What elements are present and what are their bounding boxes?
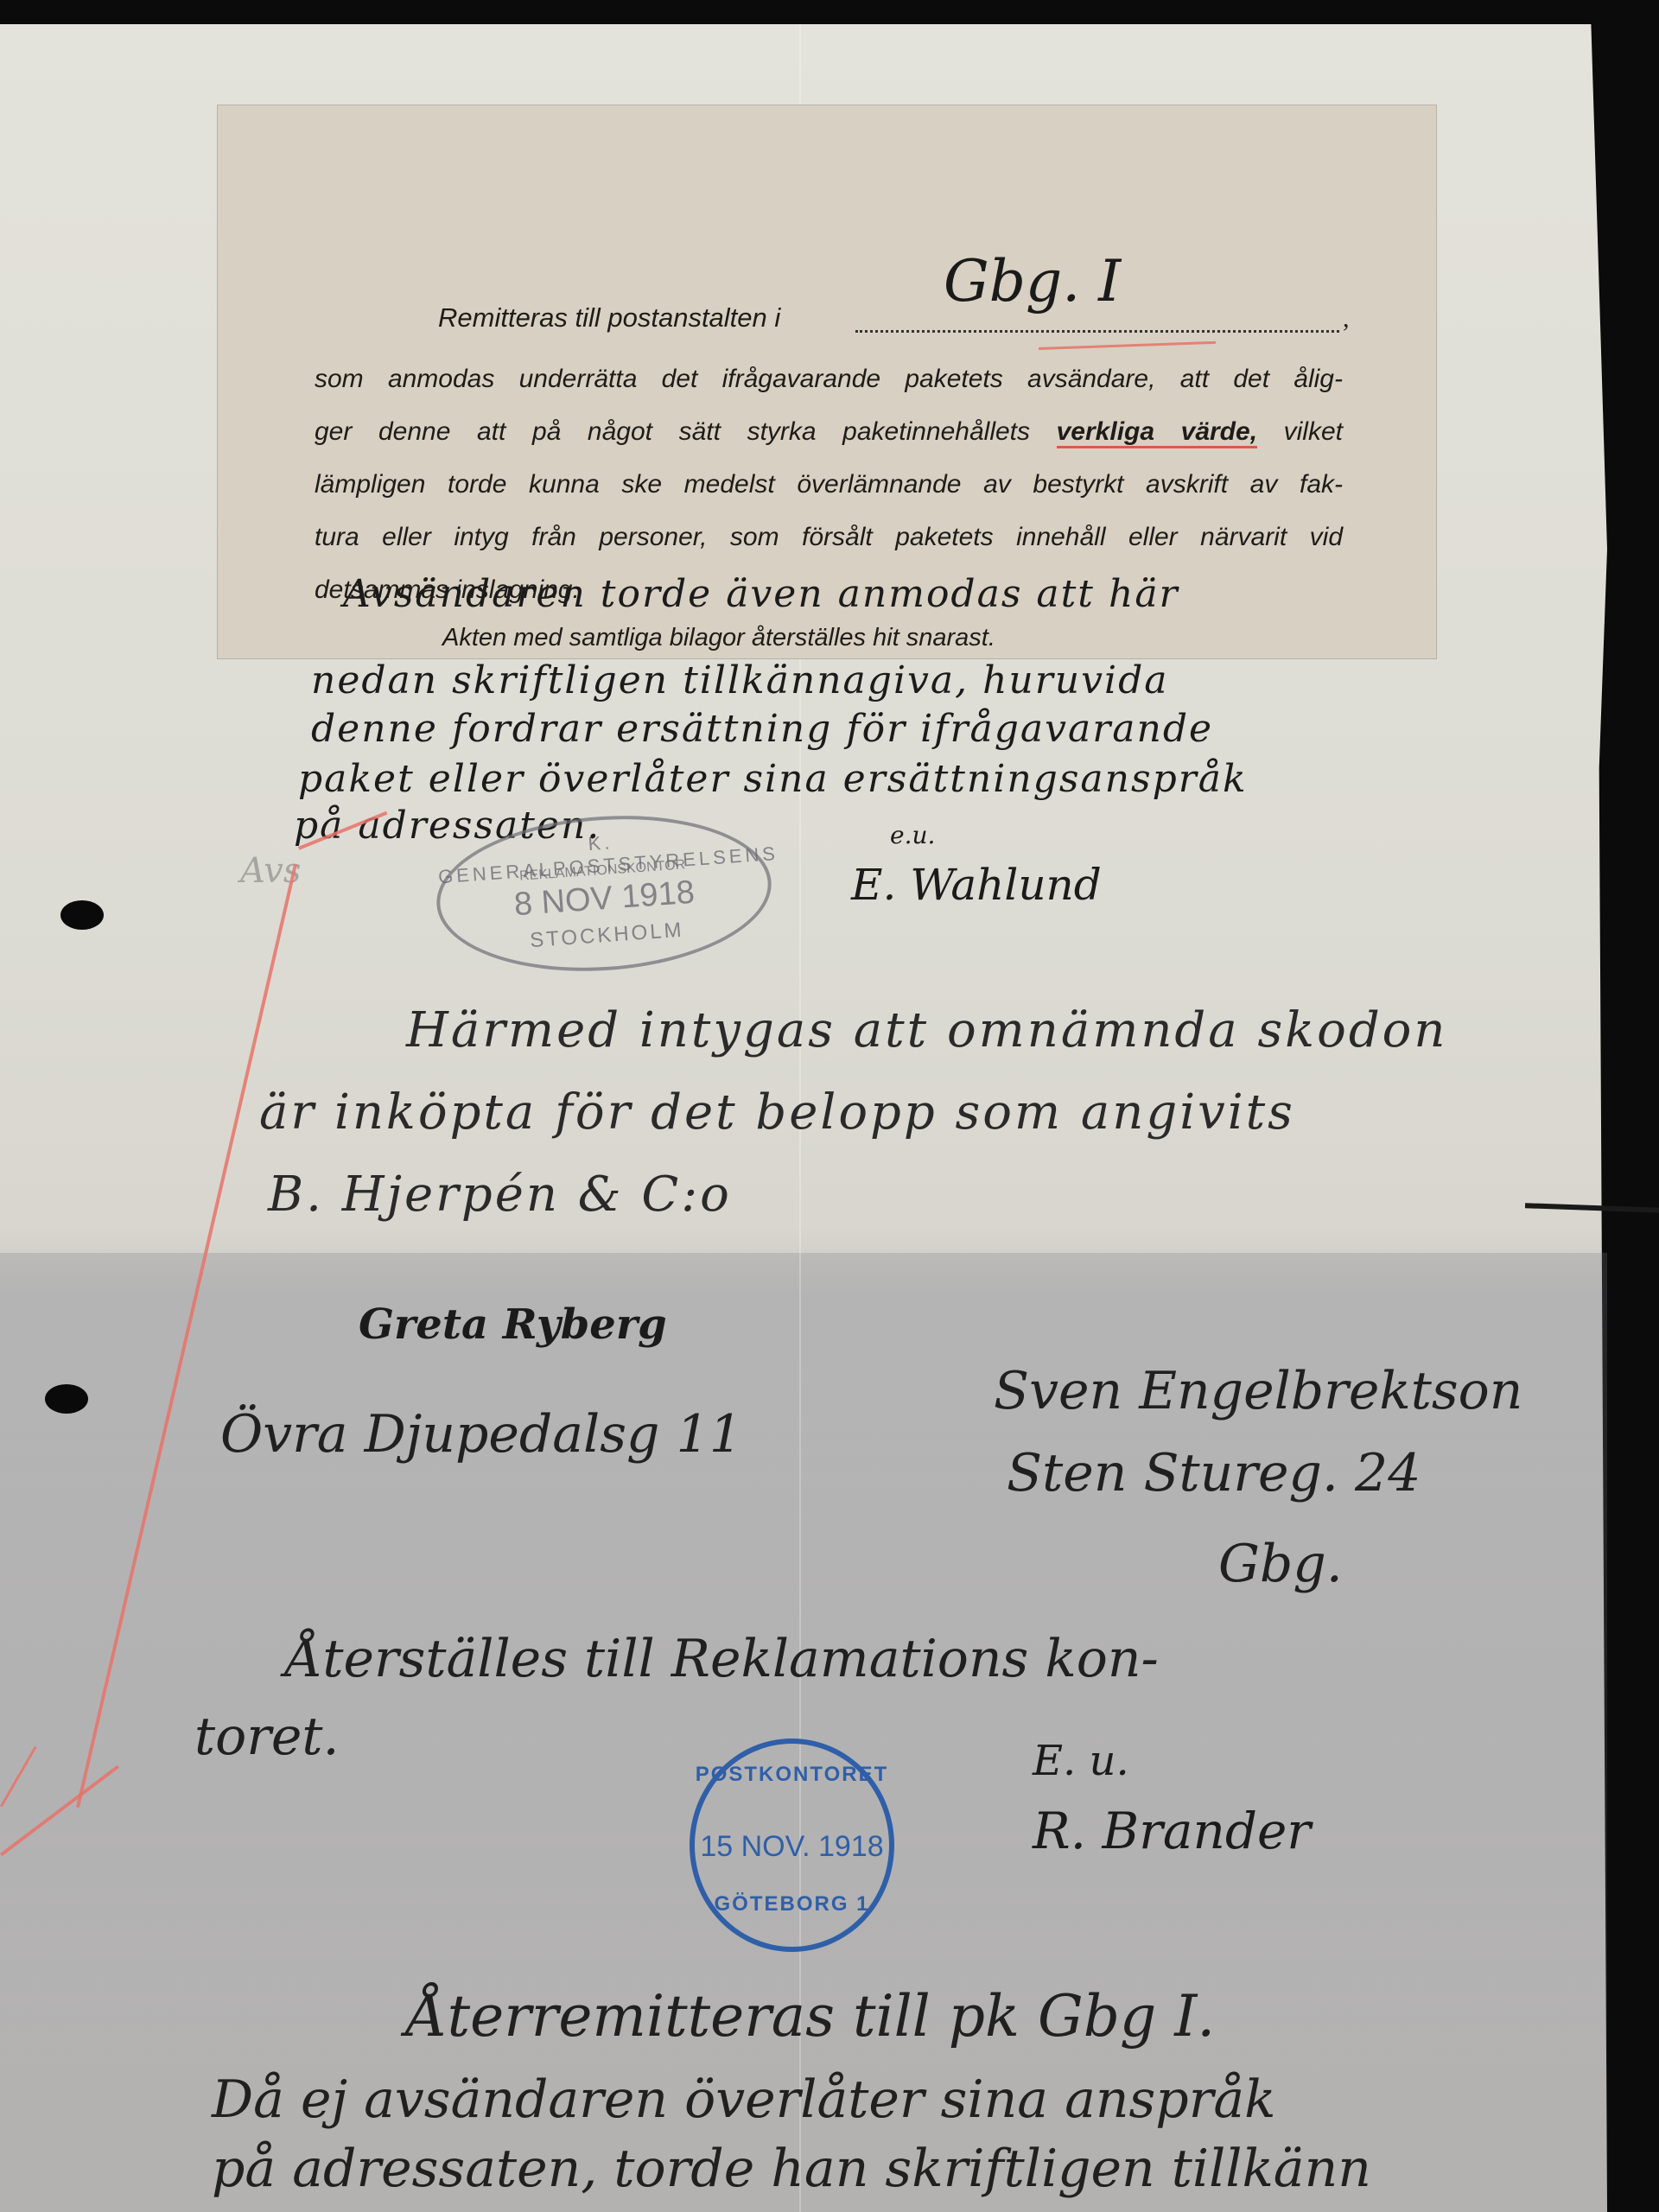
recipient-line: Gbg. [1218,1534,1343,1594]
signature-brander: R. Brander [1033,1802,1311,1860]
recipient-line: Sven Engelbrektson [994,1361,1522,1421]
handwritten-note-line: nedan skriftligen tillkännagiva, huruvid… [311,658,1168,702]
stamp-date: 15 NOV. 1918 [695,1830,889,1864]
signature-hjerpen: B. Hjerpén & C:o [268,1166,732,1223]
return-line: toret. [194,1707,340,1767]
sender-name: Greta Ryberg [359,1300,667,1349]
abbrev-eu: e.u. [890,821,935,849]
form-body-line: som anmodas underrätta det ifrågavarande… [315,353,1343,405]
recipient-line: Sten Stureg. 24 [1007,1443,1421,1503]
handwritten-note-line: denne fordrar ersättning för ifrågavaran… [311,707,1213,751]
form-line-remit: Remitteras till postanstalten i [438,302,780,334]
handwritten-note-line: paket eller överlåter sina ersättningsan… [298,757,1248,801]
form-fill-line [855,330,1339,333]
stamp-goteborg: POSTKONTORET 15 NOV. 1918 GÖTEBORG 1 [690,1738,894,1952]
declaration-line: är inköpta för det belopp som angivits [259,1084,1295,1141]
punch-hole-icon [60,900,104,930]
form-body-line: ger denne att på något sätt styrka paket… [315,405,1343,458]
remit-line: på adressaten, torde han skriftligen til… [212,2139,1371,2199]
abbrev-eu: E. u. [1033,1737,1129,1785]
printed-form-slip: Remitteras till postanstalten i , Gbg. I… [218,105,1436,658]
sender-address: Övra Djupedalsg 11 [220,1404,742,1465]
form-body-line: tura eller intyg från personer, som förs… [315,511,1343,563]
punch-hole-icon [45,1384,88,1414]
form-footer: Akten med samtliga bilagor återställes h… [442,624,995,652]
emphasized-value-text: verkliga värde, [1057,417,1257,448]
remit-line: Återremitteras till pk Gbg I. [406,1983,1215,2050]
form-body-line: lämpligen torde kunna ske medelst överlä… [315,458,1343,511]
return-line: Återställes till Reklamations kon- [285,1629,1159,1689]
remit-line: Då ej avsändaren överlåter sina anspråk [212,2069,1276,2130]
form-comma: , [1343,304,1350,334]
signature-wahlund: E. Wahlund [851,860,1102,910]
declaration-line: Härmed intygas att omnämnda skodon [406,1002,1447,1058]
handwritten-destination: Gbg. I [944,248,1121,315]
handwritten-note-line: Avsändaren torde även anmodas att här [343,572,1179,616]
